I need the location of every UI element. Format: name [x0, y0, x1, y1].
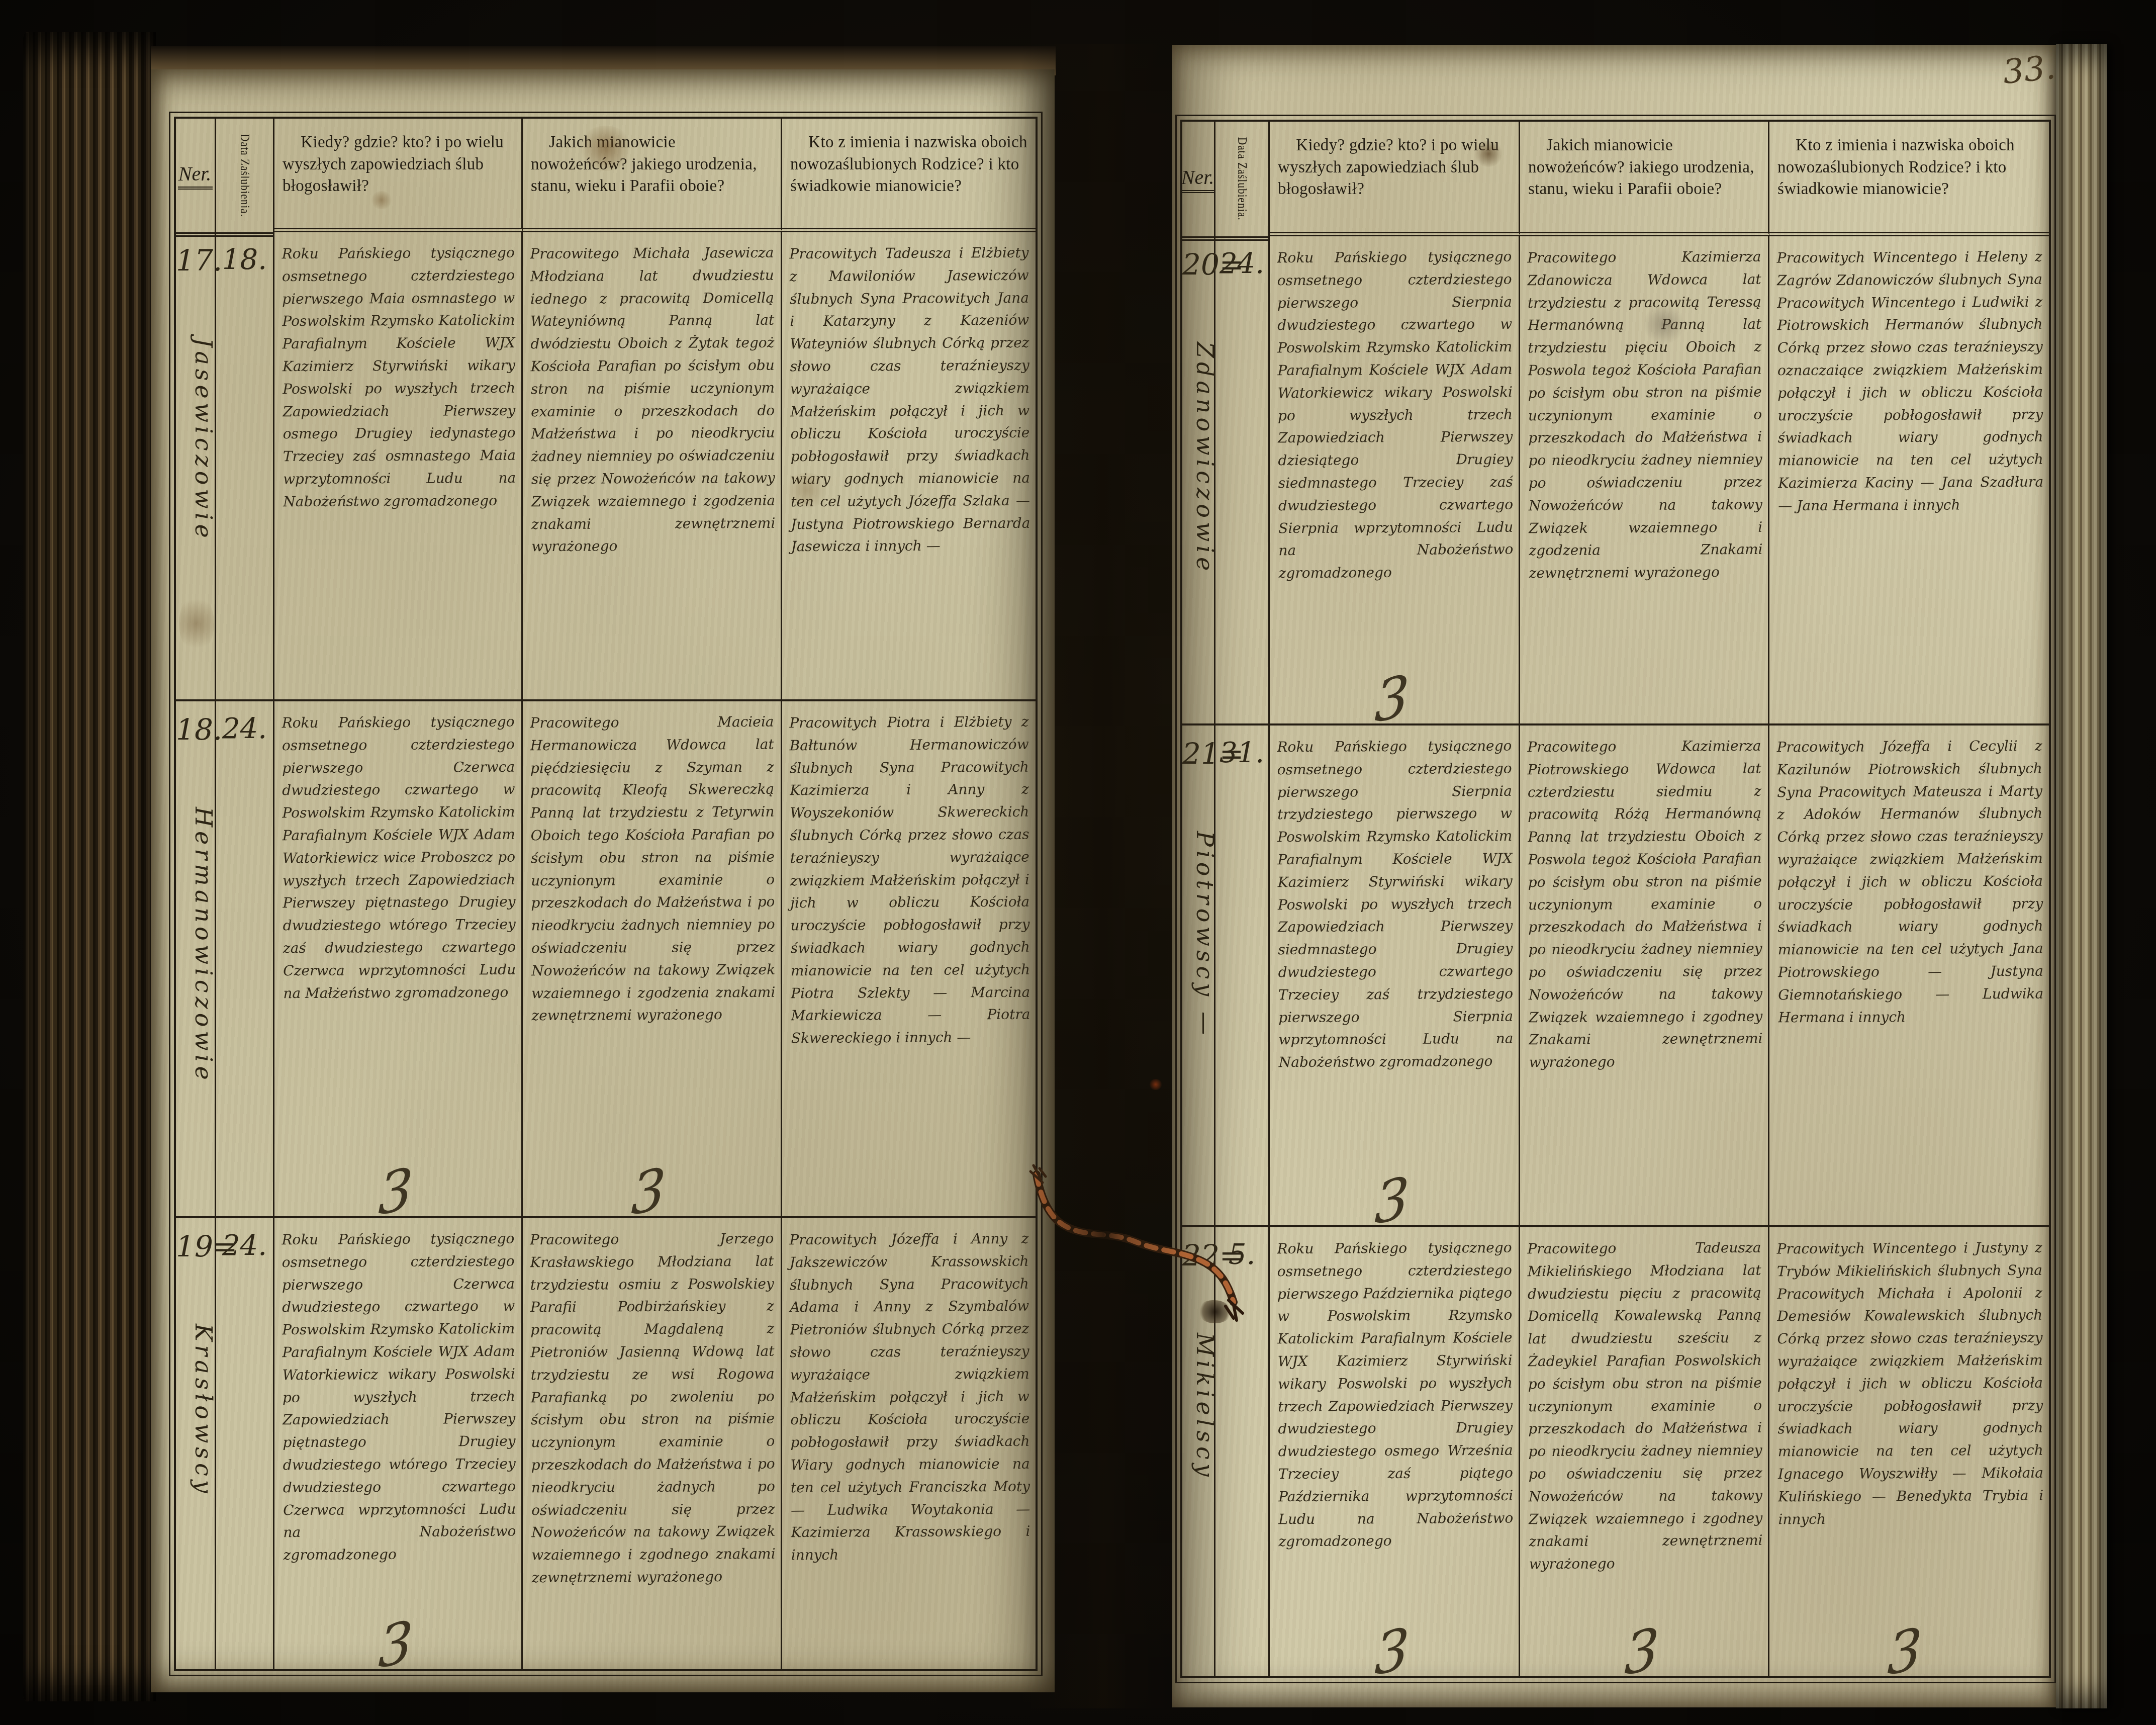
record-number: 19= [176, 1218, 215, 1263]
parents-label: Kto z imienia i nazwiska oboich nowozaśl… [1769, 122, 2049, 201]
right-row1-date-cell: 24. [1215, 236, 1270, 725]
record-parents-text: Pracowitych Józeffa i Cecylii z Kazilunó… [1768, 725, 2049, 1033]
left-row3-parents-cell: Pracowitych Józeffa i Anny z Jakszewiczó… [782, 1218, 1036, 1669]
record-date: 18. [216, 232, 273, 276]
left-header-date: Data Zaślubienia. [216, 119, 274, 237]
right-row2-date-cell: 31. [1215, 725, 1270, 1227]
ink-flourish: 3 [1374, 667, 1410, 731]
record-when-text: Roku Pańskiego tysiącznego osmsetnego cz… [273, 701, 522, 1009]
left-row3-ner-cell: 19= Krasłowscy [176, 1218, 216, 1669]
margin-family-name: Krasłowscy [190, 1324, 217, 1497]
book-page-edges-right [2056, 44, 2107, 1708]
left-row1-parents-cell: Pracowitych Tadeusza i Elżbiety z Mawilo… [782, 232, 1036, 701]
left-header-ner: Ner. [176, 119, 216, 237]
record-date: 24. [216, 1218, 273, 1262]
right-header-parents: Kto z imienia i nazwiska oboich nowozaśl… [1769, 122, 2049, 236]
right-row3-when-cell: Roku Pańskiego tysiącznego osmsetnego cz… [1270, 1227, 1520, 1676]
record-parents-text: Pracowitych Wincentego i Heleny z Zagrów… [1769, 236, 2050, 521]
date-label: Data Zaślubienia. [236, 134, 252, 217]
parents-label: Kto z imienia i nazwiska oboich nowozaśl… [782, 119, 1036, 198]
ink-flourish: 3 [1374, 1168, 1410, 1233]
left-row3-when-cell: Roku Pańskiego tysiącznego osmsetnego cz… [274, 1218, 523, 1669]
record-number: 22= [1182, 1227, 1214, 1273]
left-row1-ner-cell: 17. Jasewiczowie [176, 232, 216, 701]
who-label: Jakich mianowicie nowożeńców? jakiego ur… [523, 119, 781, 198]
record-who-text: Pracowitego Tadeusza Mikielińskiego Młod… [1519, 1227, 1769, 1580]
margin-family-name: Hermanowiczowie [190, 807, 217, 1084]
right-row3-who-cell: Pracowitego Tadeusza Mikielińskiego Młod… [1520, 1227, 1769, 1676]
right-header-when: Kiedy? gdzie? kto? i po wielu wyszłych z… [1270, 122, 1520, 236]
paper-stain [1149, 1079, 1162, 1090]
left-row2-date-cell: 24. [216, 701, 274, 1218]
ink-flourish: 3 [378, 1159, 414, 1224]
ink-flourish: 3 [378, 1612, 414, 1677]
when-label: Kiedy? gdzie? kto? i po wielu wyszłych z… [274, 119, 521, 198]
right-header-who: Jakich mianowicie nowożeńców? iakiego ur… [1520, 122, 1769, 236]
left-row1-date-cell: 18. [216, 232, 274, 701]
record-when-text: Roku Pańskiego tysiącznego osmsetnego cz… [274, 232, 522, 517]
right-row1-when-cell: Roku Pańskiego tysiącznego osmsetnego cz… [1270, 236, 1520, 725]
margin-family-name: Zdanowiczowie [1191, 342, 1218, 575]
right-row1-parents-cell: Pracowitych Wincentego i Heleny z Zagrów… [1769, 236, 2049, 725]
left-row2-who-cell: Pracowitego Macieia Hermanowicza Wdowca … [523, 701, 782, 1218]
record-number: 18. [176, 701, 215, 747]
right-row3-parents-cell: Pracowitych Wincentego i Justyny z Trybó… [1769, 1227, 2049, 1676]
right-header-ner: Ner. [1182, 122, 1215, 241]
left-register-table: Ner. Data Zaślubienia. Kiedy? gdzie? kto… [174, 117, 1038, 1671]
right-register-table: Ner. Data Zaślubienia. Kiedy? gdzie? kto… [1180, 120, 2051, 1678]
ink-flourish: 3 [1374, 1619, 1410, 1684]
left-row1-who-cell: Pracowitego Michała Jasewicza Młodziana … [523, 232, 782, 701]
page-number: 33. [2001, 48, 2057, 92]
record-who-text: Pracowitego Kazimierza Piotrowskiego Wdo… [1519, 725, 1769, 1078]
record-when-text: Roku Pańskiego tysiącznego osmsetnego cz… [1269, 236, 1520, 589]
ink-flourish: 3 [1886, 1619, 1922, 1684]
record-who-text: Pracowitego Jerzego Krasławskiego Młodzi… [522, 1218, 782, 1593]
left-row2-parents-cell: Pracowitych Piotra i Elżbiety z Bałtunów… [782, 701, 1036, 1218]
right-row3-ner-cell: 22= Mikielscy [1182, 1227, 1215, 1676]
record-when-text: Roku Pańskiego tysiącznego osmsetnego cz… [1269, 1227, 1519, 1558]
ink-flourish: 3 [630, 1159, 667, 1224]
record-number: 17. [176, 232, 215, 278]
book-page-edges-left [23, 32, 156, 1701]
record-number: 20= [1182, 236, 1214, 282]
left-header-parents: Kto z imienia i nazwiska oboich nowozaśl… [782, 119, 1036, 232]
left-header-when: Kiedy? gdzie? kto? i po wielu wyszłych z… [274, 119, 523, 232]
record-who-text: Pracowitego Kazimierza Zdanowicza Wdowca… [1519, 236, 1769, 589]
right-row1-who-cell: Pracowitego Kazimierza Zdanowicza Wdowca… [1520, 236, 1769, 725]
margin-family-name: Piotrowscy — [1191, 831, 1218, 1039]
date-label: Data Zaślubienia. [1234, 137, 1250, 221]
record-parents-text: Pracowitych Tadeusza i Elżbiety z Mawilo… [781, 232, 1036, 563]
who-label: Jakich mianowicie nowożeńców? iakiego ur… [1520, 122, 1768, 201]
left-header-who: Jakich mianowicie nowożeńców? jakiego ur… [523, 119, 782, 232]
record-date: 31. [1215, 725, 1268, 769]
ner-label: Ner. [1181, 165, 1216, 193]
margin-family-name: Mikielscy [1191, 1333, 1218, 1481]
right-row2-when-cell: Roku Pańskiego tysiącznego osmsetnego cz… [1270, 725, 1520, 1227]
record-who-text: Pracowitego Michała Jasewicza Młodziana … [522, 232, 781, 563]
left-row3-who-cell: Pracowitego Jerzego Krasławskiego Młodzi… [523, 1218, 782, 1669]
left-row3-date-cell: 24. [216, 1218, 274, 1669]
ink-flourish: 3 [1624, 1619, 1660, 1684]
left-row1-when-cell: Roku Pańskiego tysiącznego osmsetnego cz… [274, 232, 523, 701]
record-parents-text: Pracowitych Piotra i Elżbiety z Bałtunów… [781, 701, 1037, 1054]
right-row1-ner-cell: 20= Zdanowiczowie [1182, 236, 1215, 725]
record-when-text: Roku Pańskiego tysiącznego osmsetnego cz… [273, 1218, 522, 1571]
record-parents-text: Pracowitych Wincentego i Justyny z Trybó… [1768, 1227, 2049, 1535]
record-number: 21= [1182, 725, 1214, 771]
photo-scene: Ner. Data Zaślubienia. Kiedy? gdzie? kto… [0, 0, 2156, 1725]
right-row2-parents-cell: Pracowitych Józeffa i Cecylii z Kazilunó… [1769, 725, 2049, 1227]
record-parents-text: Pracowitych Józeffa i Anny z Jakszewiczó… [781, 1218, 1037, 1571]
record-date: 5. [1215, 1227, 1268, 1271]
left-row2-ner-cell: 18. Hermanowiczowie [176, 701, 216, 1218]
right-row2-who-cell: Pracowitego Kazimierza Piotrowskiego Wdo… [1520, 725, 1769, 1227]
right-row2-ner-cell: 21= Piotrowscy — [1182, 725, 1215, 1227]
record-date: 24. [216, 701, 273, 745]
right-row3-date-cell: 5. [1215, 1227, 1270, 1676]
margin-family-name: Jasewiczowie [190, 338, 217, 542]
record-date: 24. [1215, 236, 1268, 280]
right-header-date: Data Zaślubienia. [1215, 122, 1270, 241]
record-who-text: Pracowitego Macieia Hermanowicza Wdowca … [522, 701, 781, 1032]
ner-label: Ner. [178, 162, 213, 190]
when-label: Kiedy? gdzie? kto? i po wielu wyszłych z… [1270, 122, 1519, 201]
left-row2-when-cell: Roku Pańskiego tysiącznego osmsetnego cz… [274, 701, 523, 1218]
record-when-text: Roku Pańskiego tysiącznego osmsetnego cz… [1269, 725, 1520, 1078]
